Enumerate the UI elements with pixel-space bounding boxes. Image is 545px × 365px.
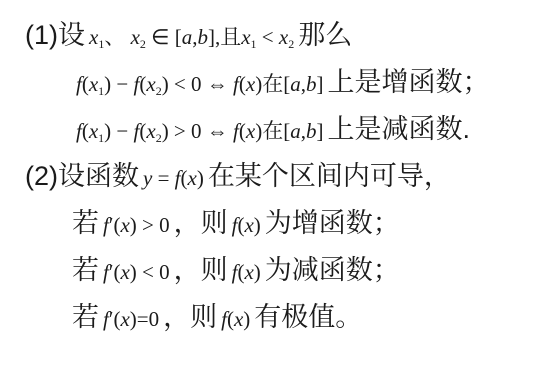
math-expression: f(x1) − f(x2) < 0 ⇔ f(x)在[a,b]	[76, 72, 323, 96]
math-expression: f′(x)=0	[103, 307, 159, 331]
chinese-text: 若	[72, 302, 99, 332]
chinese-text: ，则	[163, 302, 217, 332]
chinese-text: ，则	[174, 208, 228, 238]
chinese-text: 若	[72, 255, 99, 285]
chinese-text: 为减函数；	[265, 255, 400, 285]
math-expression: y = f(x)	[143, 166, 204, 190]
chinese-text: 在某个区间内可导，	[208, 161, 451, 191]
line-6-derivative-negative: 若f′(x) < 0，则f(x)为减函数；	[72, 247, 545, 294]
chinese-text: ，则	[174, 255, 228, 285]
line-1-setup-condition: (1)设x1、 x2 ∈ [a,b],且x1 < x2那么	[25, 12, 545, 59]
line-3-decreasing-definition: f(x1) − f(x2) > 0 ⇔ f(x)在[a,b]上是减函数.	[72, 106, 545, 153]
math-expression: f(x)	[221, 307, 250, 331]
chinese-text: 若	[72, 208, 99, 238]
chinese-text: (1)设	[25, 20, 85, 50]
line-5-derivative-positive: 若f′(x) > 0，则f(x)为增函数；	[72, 200, 545, 247]
math-notes-content: (1)设x1、 x2 ∈ [a,b],且x1 < x2那么f(x1) − f(x…	[0, 0, 545, 341]
math-expression: f(x)	[232, 260, 261, 284]
chinese-text: (2)设函数	[25, 161, 139, 191]
chinese-text: 为增函数；	[265, 208, 400, 238]
math-expression: f(x1) − f(x2) > 0 ⇔ f(x)在[a,b]	[76, 119, 323, 143]
chinese-text: 有极值。	[254, 302, 362, 332]
math-expression: f′(x) < 0	[103, 260, 170, 284]
math-expression: x1、 x2 ∈ [a,b],且x1 < x2	[89, 25, 294, 49]
line-7-derivative-zero: 若f′(x)=0，则f(x)有极值。	[72, 294, 545, 341]
chinese-text: 那么	[298, 20, 352, 50]
math-expression: f′(x) > 0	[103, 213, 170, 237]
chinese-text: 上是增函数；	[327, 67, 489, 97]
chinese-text: 上是减函数.	[327, 114, 470, 144]
line-2-increasing-definition: f(x1) − f(x2) < 0 ⇔ f(x)在[a,b]上是增函数；	[72, 59, 545, 106]
line-4-derivative-setup: (2)设函数y = f(x)在某个区间内可导，	[25, 153, 545, 200]
math-expression: f(x)	[232, 213, 261, 237]
